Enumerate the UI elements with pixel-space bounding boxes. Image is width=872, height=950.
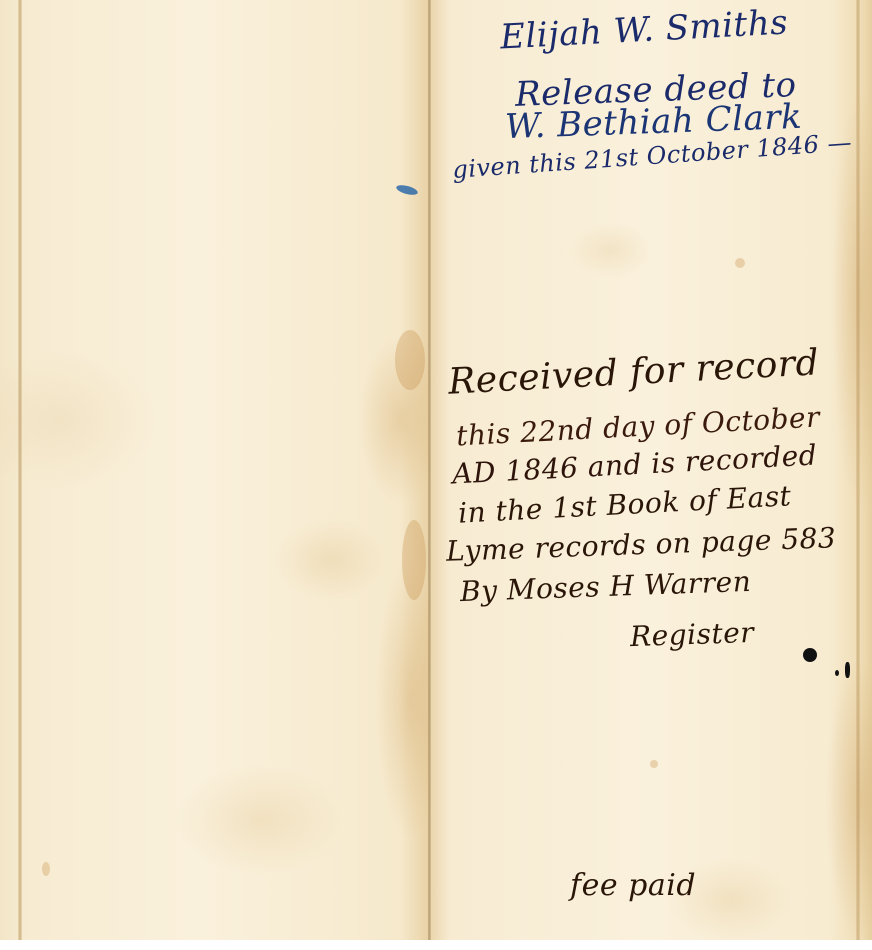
foxing-stain [395, 330, 425, 390]
foxing-stain [402, 520, 426, 600]
ink-blot [803, 648, 817, 662]
foxing-stain [650, 760, 658, 768]
foxing-stain [735, 258, 745, 268]
fee-paid-note: fee paid [570, 868, 696, 903]
left-fold-crease [18, 0, 22, 940]
left-panel [0, 0, 430, 940]
center-fold-crease [428, 0, 431, 940]
document-paper: Elijah W. Smiths Release deed to W. Beth… [0, 0, 872, 940]
ink-blot [845, 662, 850, 678]
ink-blot [835, 670, 839, 676]
record-line-7-register: Register [629, 616, 754, 653]
right-fold-crease [856, 0, 860, 940]
foxing-stain [42, 862, 50, 876]
